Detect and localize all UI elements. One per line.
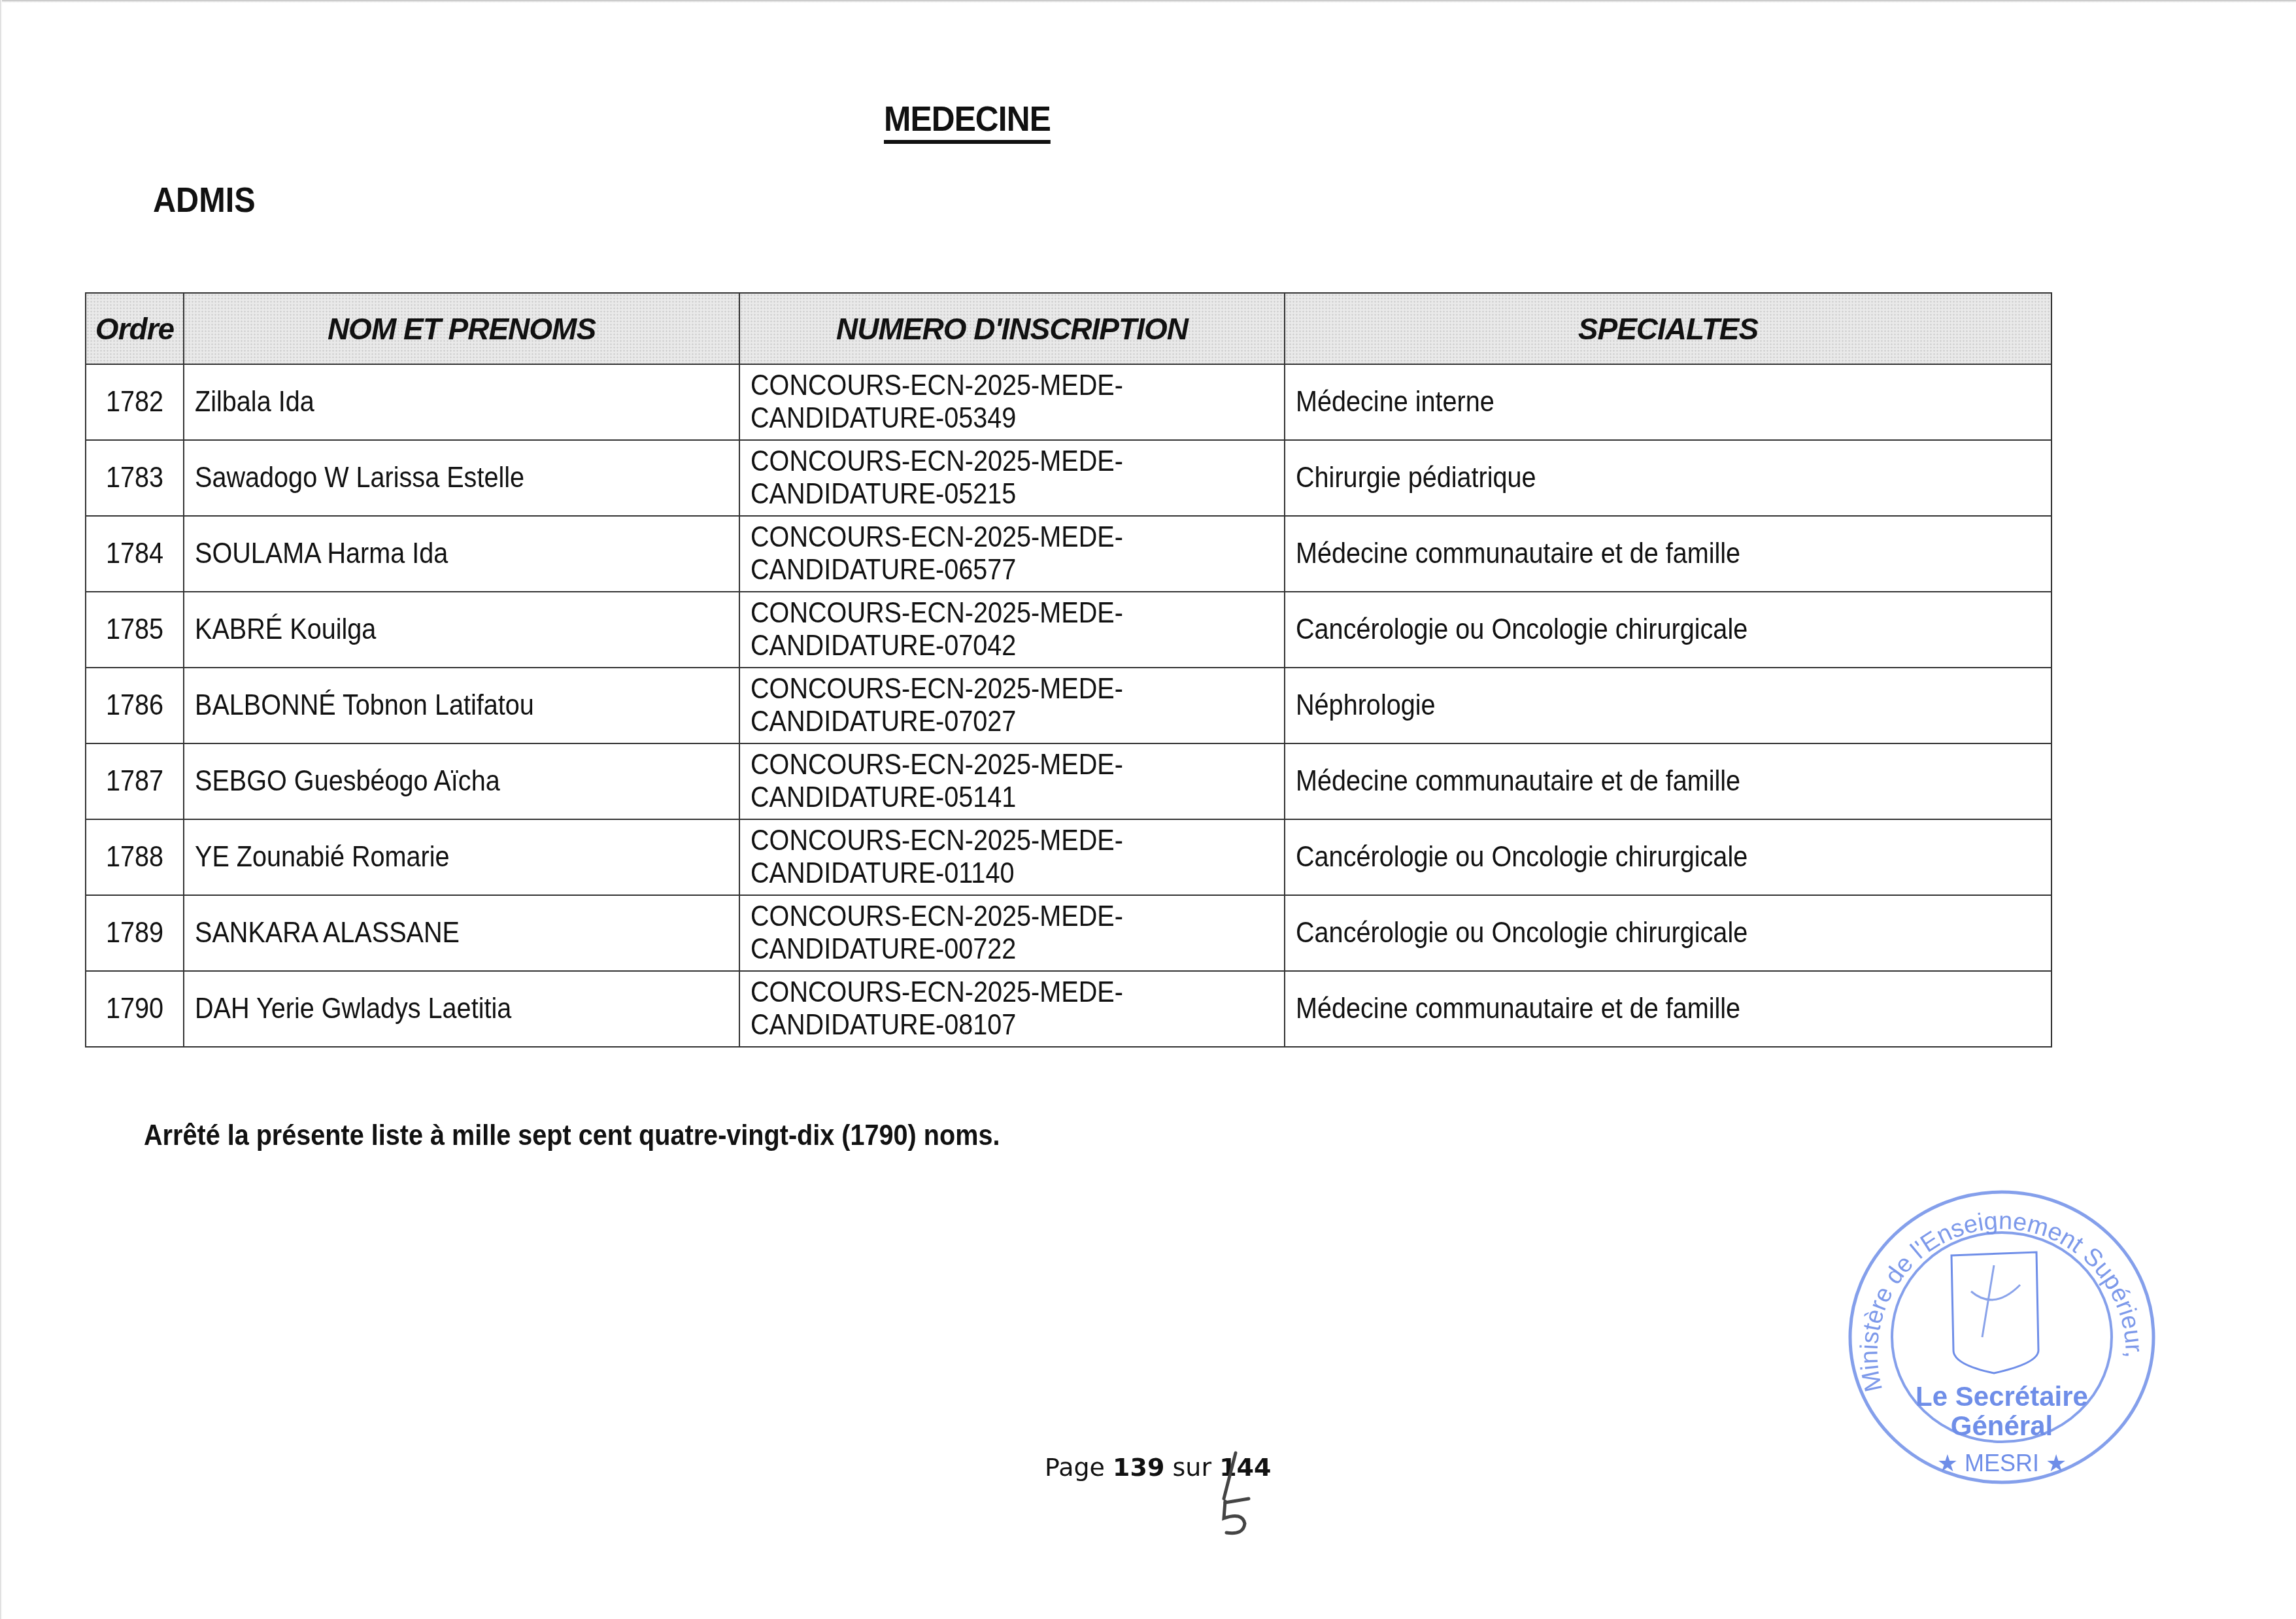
cell-numero: CONCOURS-ECN-2025-MEDE-CANDIDATURE-01140: [739, 819, 1285, 895]
cell-nom: Zilbala Ida: [184, 364, 739, 440]
cell-ordre: 1787: [86, 743, 184, 819]
table-row: 1783Sawadogo W Larissa EstelleCONCOURS-E…: [86, 440, 2051, 516]
cell-nom: DAH Yerie Gwladys Laetitia: [184, 971, 739, 1047]
official-stamp-icon: Ministère de l'Enseignement Supérieur, d…: [1831, 1174, 2170, 1501]
cell-specialite: Médecine communautaire et de famille: [1285, 971, 2051, 1047]
cell-ordre: 1784: [86, 516, 184, 592]
table-row: 1788YE Zounabié RomarieCONCOURS-ECN-2025…: [86, 819, 2051, 895]
table-row: 1789SANKARA ALASSANECONCOURS-ECN-2025-ME…: [86, 895, 2051, 971]
table-header-row: Ordre NOM ET PRENOMS NUMERO D'INSCRIPTIO…: [86, 293, 2051, 364]
table-row: 1790DAH Yerie Gwladys LaetitiaCONCOURS-E…: [86, 971, 2051, 1047]
table-row: 1784SOULAMA Harma IdaCONCOURS-ECN-2025-M…: [86, 516, 2051, 592]
table-row: 1786BALBONNÉ Tobnon LatifatouCONCOURS-EC…: [86, 668, 2051, 743]
page-label: Page: [1045, 1453, 1105, 1482]
current-page: 139: [1113, 1453, 1164, 1482]
scan-edge: [0, 0, 2296, 3]
svg-text:Général: Général: [1951, 1410, 2053, 1441]
cell-specialite: Médecine interne: [1285, 364, 2051, 440]
of-label: sur: [1173, 1453, 1212, 1482]
table-row: 1785KABRÉ KouilgaCONCOURS-ECN-2025-MEDE-…: [86, 592, 2051, 668]
cell-specialite: Cancérologie ou Oncologie chirurgicale: [1285, 895, 2051, 971]
closing-statement: Arrêté la présente liste à mille sept ce…: [144, 1119, 1000, 1152]
cell-ordre: 1782: [86, 364, 184, 440]
cell-specialite: Chirurgie pédiatrique: [1285, 440, 2051, 516]
cell-specialite: Cancérologie ou Oncologie chirurgicale: [1285, 592, 2051, 668]
header-nom: NOM ET PRENOMS: [184, 293, 739, 364]
cell-nom: BALBONNÉ Tobnon Latifatou: [184, 668, 739, 743]
cell-specialite: Médecine communautaire et de famille: [1285, 516, 2051, 592]
cell-numero: CONCOURS-ECN-2025-MEDE-CANDIDATURE-07042: [739, 592, 1285, 668]
cell-nom: SOULAMA Harma Ida: [184, 516, 739, 592]
cell-numero: CONCOURS-ECN-2025-MEDE-CANDIDATURE-08107: [739, 971, 1285, 1047]
cell-nom: YE Zounabié Romarie: [184, 819, 739, 895]
cell-nom: SANKARA ALASSANE: [184, 895, 739, 971]
table-row: 1782Zilbala IdaCONCOURS-ECN-2025-MEDE-CA…: [86, 364, 2051, 440]
cell-ordre: 1790: [86, 971, 184, 1047]
cell-nom: KABRÉ Kouilga: [184, 592, 739, 668]
svg-text:Ministère de l'Enseignement Su: Ministère de l'Enseignement Supérieur, d…: [1831, 1174, 2148, 1394]
cell-numero: CONCOURS-ECN-2025-MEDE-CANDIDATURE-05349: [739, 364, 1285, 440]
svg-text:Le Secrétaire: Le Secrétaire: [1916, 1381, 2088, 1412]
svg-text:★ MESRI ★: ★ MESRI ★: [1937, 1450, 2067, 1476]
results-table: Ordre NOM ET PRENOMS NUMERO D'INSCRIPTIO…: [85, 292, 2052, 1048]
document-title: MEDECINE: [884, 99, 1051, 144]
cell-specialite: Cancérologie ou Oncologie chirurgicale: [1285, 819, 2051, 895]
cell-numero: CONCOURS-ECN-2025-MEDE-CANDIDATURE-05215: [739, 440, 1285, 516]
cell-numero: CONCOURS-ECN-2025-MEDE-CANDIDATURE-05141: [739, 743, 1285, 819]
cell-ordre: 1789: [86, 895, 184, 971]
header-ordre: Ordre: [86, 293, 184, 364]
cell-ordre: 1785: [86, 592, 184, 668]
cell-ordre: 1783: [86, 440, 184, 516]
table-row: 1787SEBGO Guesbéogo AïchaCONCOURS-ECN-20…: [86, 743, 2051, 819]
cell-numero: CONCOURS-ECN-2025-MEDE-CANDIDATURE-00722: [739, 895, 1285, 971]
cell-nom: Sawadogo W Larissa Estelle: [184, 440, 739, 516]
section-title: ADMIS: [153, 180, 256, 220]
cell-specialite: Néphrologie: [1285, 668, 2051, 743]
cell-numero: CONCOURS-ECN-2025-MEDE-CANDIDATURE-07027: [739, 668, 1285, 743]
header-specialite: SPECIALTES: [1285, 293, 2051, 364]
cell-specialite: Médecine communautaire et de famille: [1285, 743, 2051, 819]
header-numero: NUMERO D'INSCRIPTION: [739, 293, 1285, 364]
cell-nom: SEBGO Guesbéogo Aïcha: [184, 743, 739, 819]
cell-ordre: 1786: [86, 668, 184, 743]
cell-ordre: 1788: [86, 819, 184, 895]
cell-numero: CONCOURS-ECN-2025-MEDE-CANDIDATURE-06577: [739, 516, 1285, 592]
handwritten-correction-icon: [1209, 1446, 1262, 1538]
scan-edge: [0, 0, 2, 1619]
